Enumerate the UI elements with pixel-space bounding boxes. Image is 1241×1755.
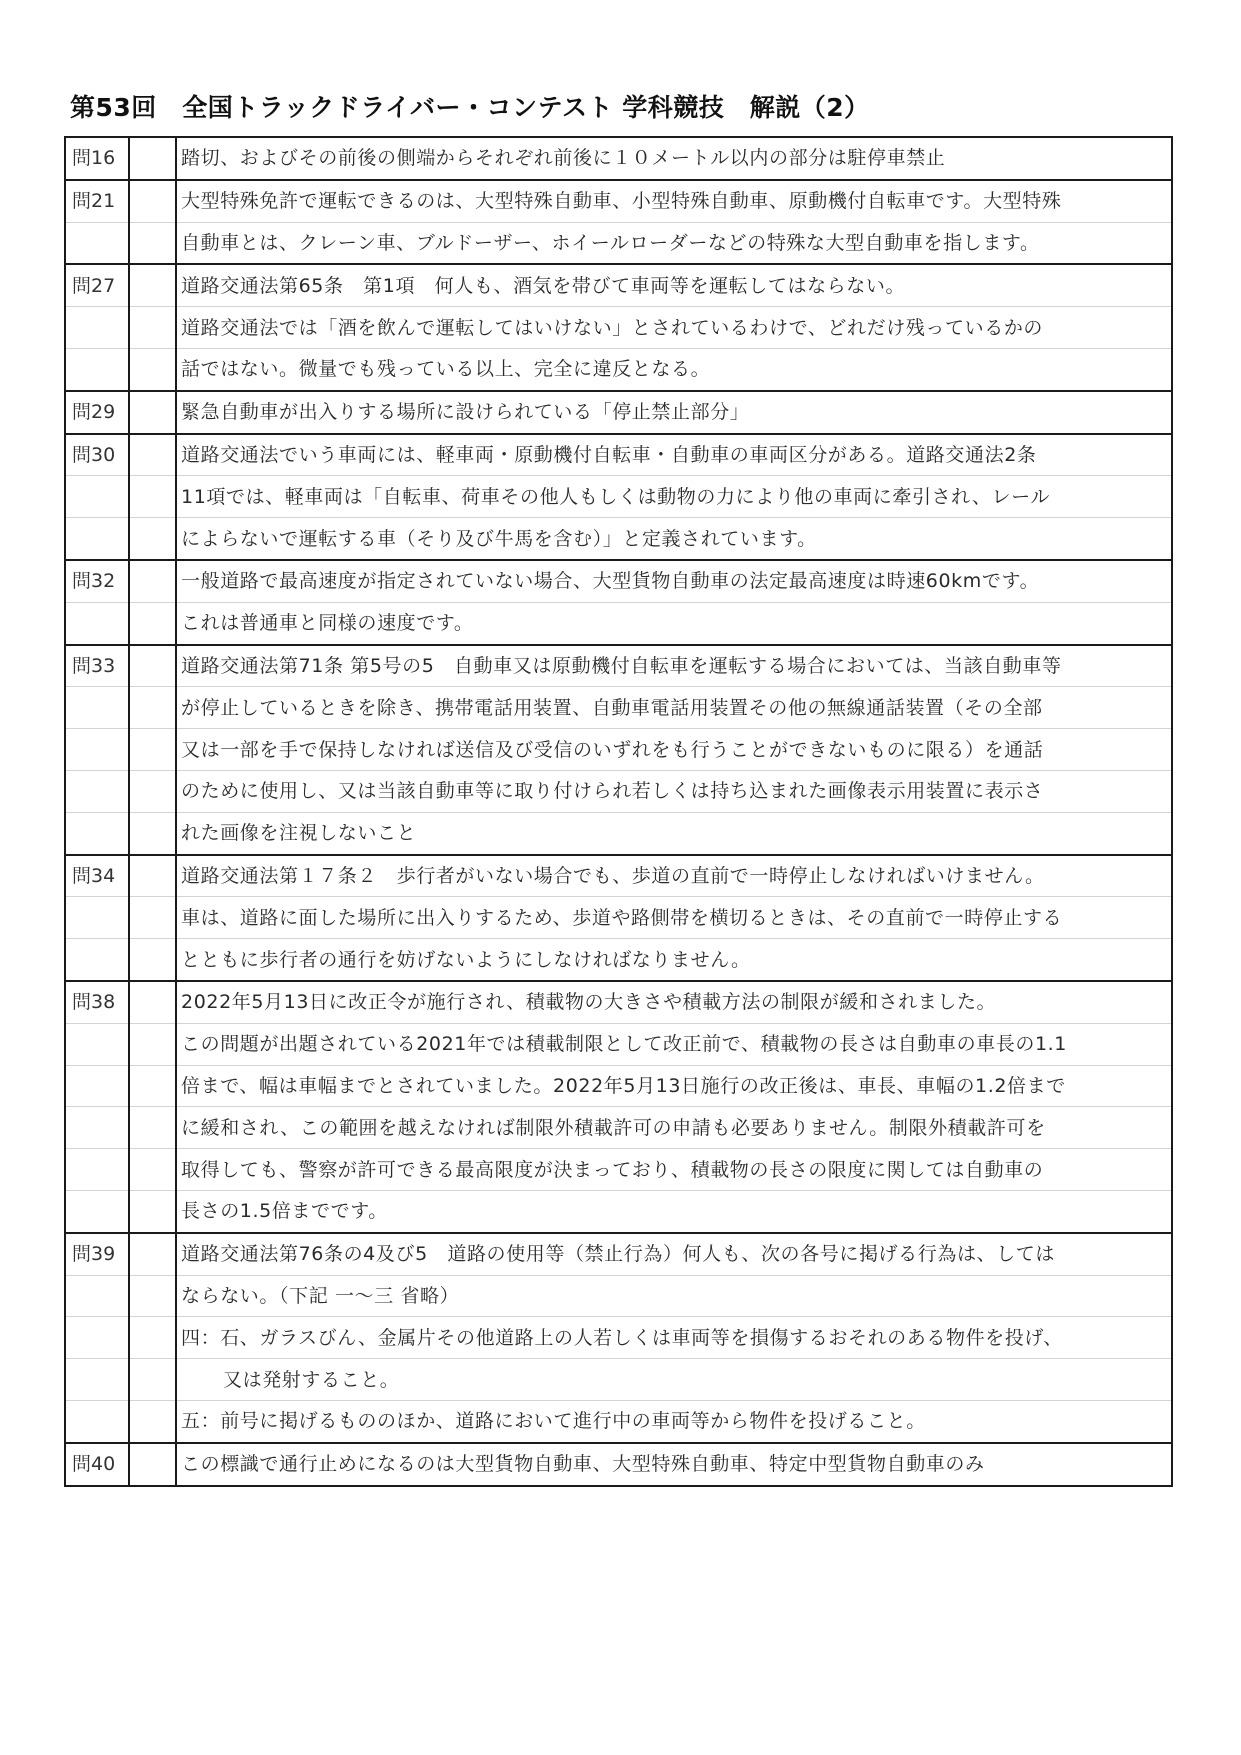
explanation-line: 四：石、ガラスびん、金属片その他道路上の人若しくは車両等を損傷するおそれのある物… (176, 1317, 1172, 1359)
explanation-line: に緩和され、この範囲を越えなければ制限外積載許可の申請も必要ありません。制限外積… (176, 1107, 1172, 1149)
table-row: が停止しているときを除き、携帯電話用装置、自動車電話用装置その他の無線通話装置（… (65, 687, 1172, 729)
table-row: 又は一部を手で保持しなければ送信及び受信のいずれをも行うことができないものに限る… (65, 729, 1172, 771)
explanation-line: 長さの1.5倍までです。 (176, 1190, 1172, 1232)
answer-cell (129, 645, 176, 687)
explanation-line: 道路交通法でいう車両には、軽車両・原動機付自転車・自動車の車両区分がある。道路交… (176, 434, 1172, 476)
question-number: 問39 (65, 1233, 129, 1275)
explanation-line: とともに歩行者の通行を妨げないようにしなければなりません。 (176, 939, 1172, 981)
answer-cell (129, 476, 176, 518)
answer-cell (129, 264, 176, 306)
answer-cell (129, 1149, 176, 1191)
table-row: ならない。（下記 一～三 省略） (65, 1275, 1172, 1317)
answer-cell (129, 897, 176, 939)
question-number: 問40 (65, 1443, 129, 1486)
explanation-line: 11項では、軽車両は「自転車、荷車その他人もしくは動物の力により他の車両に牽引さ… (176, 476, 1172, 518)
explanation-line: 緊急自動車が出入りする場所に設けられている「停止禁止部分」 (176, 391, 1172, 434)
explanation-line: この問題が出題されている2021年では積載制限として改正前で、積載物の長さは自動… (176, 1023, 1172, 1065)
table-row: 自動車とは、クレーン車、ブルドーザー、ホイールローダーなどの特殊な大型自動車を指… (65, 222, 1172, 264)
table-row-q29: 問29 緊急自動車が出入りする場所に設けられている「停止禁止部分」 (65, 391, 1172, 434)
table-row-q33: 問33 道路交通法第71条 第5号の5 自動車又は原動機付自転車を運転する場合に… (65, 645, 1172, 687)
answer-cell (129, 770, 176, 812)
question-number-empty (65, 1359, 129, 1401)
table-row: 又は発射すること。 (65, 1359, 1172, 1401)
table-row-q21: 問21 大型特殊免許で運転できるのは、大型特殊自動車、小型特殊自動車、原動機付自… (65, 180, 1172, 222)
question-number-empty (65, 897, 129, 939)
answer-cell (129, 1065, 176, 1107)
explanation-line: 車は、道路に面した場所に出入りするため、歩道や路側帯を横切るときは、その直前で一… (176, 897, 1172, 939)
explanation-line: 大型特殊免許で運転できるのは、大型特殊自動車、小型特殊自動車、原動機付自転車です… (176, 180, 1172, 222)
explanation-table: 問16 踏切、およびその前後の側端からそれぞれ前後に１０メートル以内の部分は駐停… (64, 136, 1173, 1487)
answer-cell (129, 812, 176, 854)
question-number-empty (65, 1065, 129, 1107)
table-row: とともに歩行者の通行を妨げないようにしなければなりません。 (65, 939, 1172, 981)
answer-cell (129, 1317, 176, 1359)
table-row-q34: 問34 道路交通法第１７条２ 歩行者がいない場合でも、歩道の直前で一時停止しなけ… (65, 855, 1172, 897)
question-number: 問33 (65, 645, 129, 687)
explanation-line: れた画像を注視しないこと (176, 812, 1172, 854)
explanation-line: 一般道路で最高速度が指定されていない場合、大型貨物自動車の法定最高速度は時速60… (176, 560, 1172, 602)
explanation-line: によらないで運転する車（そり及び牛馬を含む）」と定義されています。 (176, 518, 1172, 560)
answer-cell (129, 307, 176, 349)
question-number-empty (65, 1400, 129, 1442)
question-number: 問16 (65, 137, 129, 180)
question-number-empty (65, 307, 129, 349)
explanation-line: 道路交通法第１７条２ 歩行者がいない場合でも、歩道の直前で一時停止しなければいけ… (176, 855, 1172, 897)
page-title: 第53回 全国トラックドライバー・コンテスト 学科競技 解説（2） (70, 88, 870, 124)
question-number: 問32 (65, 560, 129, 602)
explanation-line: 道路交通法第65条 第1項 何人も、酒気を帯びて車両等を運転してはならない。 (176, 264, 1172, 306)
question-number-empty (65, 939, 129, 981)
table-row: 五：前号に掲げるもののほか、道路において進行中の車両等から物件を投げること。 (65, 1400, 1172, 1442)
table-row: 道路交通法では「酒を飲んで運転してはいけない」とされているわけで、どれだけ残って… (65, 307, 1172, 349)
explanation-line: が停止しているときを除き、携帯電話用装置、自動車電話用装置その他の無線通話装置（… (176, 687, 1172, 729)
table-row-q40: 問40 この標識で通行止めになるのは大型貨物自動車、大型特殊自動車、特定中型貨物… (65, 1443, 1172, 1486)
table-row: 取得しても、警察が許可できる最高限度が決まっており、積載物の長さの限度に関しては… (65, 1149, 1172, 1191)
answer-cell (129, 560, 176, 602)
explanation-line: 道路交通法第76条の4及び5 道路の使用等（禁止行為）何人も、次の各号に掲げる行… (176, 1233, 1172, 1275)
question-number-empty (65, 1190, 129, 1232)
table-row: によらないで運転する車（そり及び牛馬を含む）」と定義されています。 (65, 518, 1172, 560)
table-row: 四：石、ガラスびん、金属片その他道路上の人若しくは車両等を損傷するおそれのある物… (65, 1317, 1172, 1359)
question-number: 問21 (65, 180, 129, 222)
explanation-line-indented: 又は発射すること。 (176, 1359, 1172, 1401)
answer-cell (129, 1443, 176, 1486)
answer-cell (129, 855, 176, 897)
table-row: 倍まで、幅は車幅までとされていました。2022年5月13日施行の改正後は、車長、… (65, 1065, 1172, 1107)
explanation-line: 道路交通法第71条 第5号の5 自動車又は原動機付自転車を運転する場合においては… (176, 645, 1172, 687)
answer-cell (129, 434, 176, 476)
question-number: 問29 (65, 391, 129, 434)
table-row-q39: 問39 道路交通法第76条の4及び5 道路の使用等（禁止行為）何人も、次の各号に… (65, 1233, 1172, 1275)
explanation-line: これは普通車と同様の速度です。 (176, 602, 1172, 644)
table-row-q38: 問38 2022年5月13日に改正令が施行され、積載物の大きさや積載方法の制限が… (65, 981, 1172, 1023)
question-number: 問34 (65, 855, 129, 897)
question-number-empty (65, 1275, 129, 1317)
question-number-empty (65, 222, 129, 264)
table-row-q16: 問16 踏切、およびその前後の側端からそれぞれ前後に１０メートル以内の部分は駐停… (65, 137, 1172, 180)
answer-cell (129, 687, 176, 729)
answer-cell (129, 1400, 176, 1442)
question-number-empty (65, 1107, 129, 1149)
question-number-empty (65, 1023, 129, 1065)
answer-cell (129, 981, 176, 1023)
answer-cell (129, 1190, 176, 1232)
explanation-line: のために使用し、又は当該自動車等に取り付けられ若しくは持ち込まれた画像表示用装置… (176, 770, 1172, 812)
question-number-empty (65, 729, 129, 771)
explanation-line: 話ではない。微量でも残っている以上、完全に違反となる。 (176, 348, 1172, 390)
answer-cell (129, 391, 176, 434)
explanation-line: 踏切、およびその前後の側端からそれぞれ前後に１０メートル以内の部分は駐停車禁止 (176, 137, 1172, 180)
explanation-line: 又は一部を手で保持しなければ送信及び受信のいずれをも行うことができないものに限る… (176, 729, 1172, 771)
answer-cell (129, 1359, 176, 1401)
answer-cell (129, 729, 176, 771)
question-number: 問38 (65, 981, 129, 1023)
answer-cell (129, 939, 176, 981)
explanation-line: 取得しても、警察が許可できる最高限度が決まっており、積載物の長さの限度に関しては… (176, 1149, 1172, 1191)
table-row: 長さの1.5倍までです。 (65, 1190, 1172, 1232)
explanation-line: 2022年5月13日に改正令が施行され、積載物の大きさや積載方法の制限が緩和され… (176, 981, 1172, 1023)
explanation-line: ならない。（下記 一～三 省略） (176, 1275, 1172, 1317)
question-number-empty (65, 1149, 129, 1191)
table-row: に緩和され、この範囲を越えなければ制限外積載許可の申請も必要ありません。制限外積… (65, 1107, 1172, 1149)
table-row: 話ではない。微量でも残っている以上、完全に違反となる。 (65, 348, 1172, 390)
table-row: この問題が出題されている2021年では積載制限として改正前で、積載物の長さは自動… (65, 1023, 1172, 1065)
table-row: 車は、道路に面した場所に出入りするため、歩道や路側帯を横切るときは、その直前で一… (65, 897, 1172, 939)
question-number-empty (65, 602, 129, 644)
answer-cell (129, 348, 176, 390)
explanation-line: 五：前号に掲げるもののほか、道路において進行中の車両等から物件を投げること。 (176, 1400, 1172, 1442)
question-number-empty (65, 687, 129, 729)
answer-cell (129, 1233, 176, 1275)
question-number-empty (65, 770, 129, 812)
question-number-empty (65, 518, 129, 560)
explanation-line: 道路交通法では「酒を飲んで運転してはいけない」とされているわけで、どれだけ残って… (176, 307, 1172, 349)
table-row: これは普通車と同様の速度です。 (65, 602, 1172, 644)
question-number-empty (65, 476, 129, 518)
question-number-empty (65, 348, 129, 390)
explanation-line: 自動車とは、クレーン車、ブルドーザー、ホイールローダーなどの特殊な大型自動車を指… (176, 222, 1172, 264)
answer-cell (129, 602, 176, 644)
question-number: 問30 (65, 434, 129, 476)
answer-cell (129, 1023, 176, 1065)
question-number-empty (65, 1317, 129, 1359)
explanation-line: 倍まで、幅は車幅までとされていました。2022年5月13日施行の改正後は、車長、… (176, 1065, 1172, 1107)
answer-cell (129, 1107, 176, 1149)
answer-cell (129, 137, 176, 180)
table-row-q27: 問27 道路交通法第65条 第1項 何人も、酒気を帯びて車両等を運転してはならな… (65, 264, 1172, 306)
explanation-line: この標識で通行止めになるのは大型貨物自動車、大型特殊自動車、特定中型貨物自動車の… (176, 1443, 1172, 1486)
table-row: れた画像を注視しないこと (65, 812, 1172, 854)
question-number-empty (65, 812, 129, 854)
answer-cell (129, 518, 176, 560)
table-row-q32: 問32 一般道路で最高速度が指定されていない場合、大型貨物自動車の法定最高速度は… (65, 560, 1172, 602)
table-row: 11項では、軽車両は「自転車、荷車その他人もしくは動物の力により他の車両に牽引さ… (65, 476, 1172, 518)
answer-cell (129, 222, 176, 264)
table-row: のために使用し、又は当該自動車等に取り付けられ若しくは持ち込まれた画像表示用装置… (65, 770, 1172, 812)
answer-cell (129, 180, 176, 222)
question-number: 問27 (65, 264, 129, 306)
table-row-q30: 問30 道路交通法でいう車両には、軽車両・原動機付自転車・自動車の車両区分がある… (65, 434, 1172, 476)
answer-cell (129, 1275, 176, 1317)
